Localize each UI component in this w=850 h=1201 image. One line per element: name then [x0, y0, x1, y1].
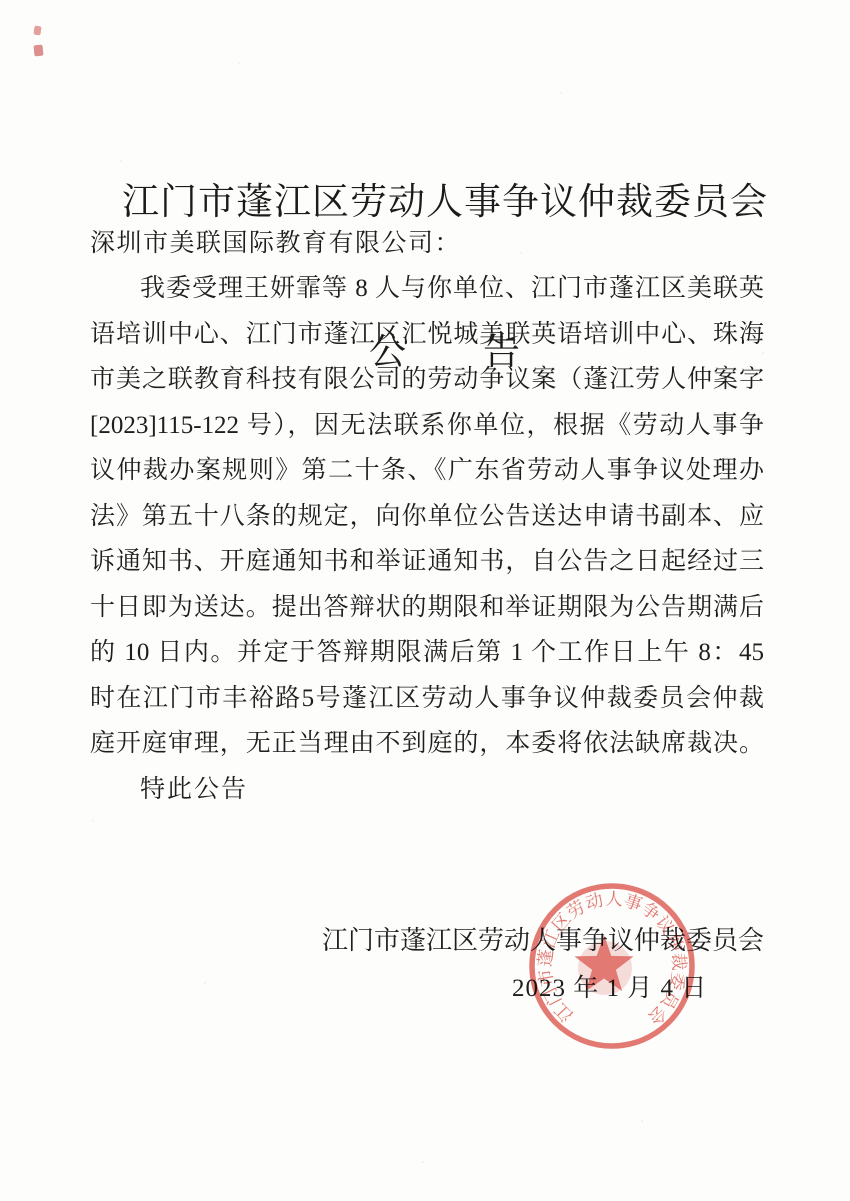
scan-artifact-mark — [33, 26, 41, 36]
seal-text: 江门市蓬江区劳动人事争议仲裁委员会 — [534, 889, 689, 1029]
notice-line: 语培训中心、江门市蓬江区汇悦城美联英语培训中心、珠海 — [90, 312, 764, 358]
notice-line: 特此公告 — [90, 767, 764, 813]
notice-line: 庭开庭审理，无正当理由不到庭的，本委将依法缺席裁决。 — [90, 721, 764, 767]
official-seal: 江门市蓬江区劳动人事争议仲裁委员会 — [525, 882, 700, 1057]
recipient-line: 深圳市美联国际教育有限公司： — [90, 229, 461, 259]
notice-line: [2023]115-122 号），因无法联系你单位，根据《劳动人事争 — [90, 403, 764, 449]
title-committee-name: 江门市蓬江区劳动人事争议仲裁委员会 — [40, 178, 850, 228]
notice-line: 诉通知书、开庭通知书和举证通知书，自公告之日起经过三 — [90, 539, 764, 585]
notice-line: 我委受理王妍霏等 8 人与你单位、江门市蓬江区美联英 — [90, 266, 764, 312]
scan-artifact-mark — [33, 45, 43, 57]
notice-line: 市美之联教育科技有限公司的劳动争议案（蓬江劳人仲案字 — [90, 357, 764, 403]
scan-noise — [0, 0, 2, 2]
notice-line: 十日即为送达。提出答辩状的期限和举证期限为公告期满后 — [90, 585, 764, 631]
notice-line: 的 10 日内。并定于答辩期限满后第 1 个工作日上午 8：45 — [90, 630, 764, 676]
issuer-signature: 江门市蓬江区劳动人事争议仲裁委员会 — [322, 926, 764, 956]
issue-date: 2023 年 1 月 4 日 — [512, 974, 707, 1004]
notice-page: 江门市蓬江区劳动人事争议仲裁委员会 公 告 深圳市美联国际教育有限公司： 我委受… — [0, 0, 850, 1201]
notice-body: 我委受理王妍霏等 8 人与你单位、江门市蓬江区美联英语培训中心、江门市蓬江区汇悦… — [90, 266, 764, 812]
notice-line: 议仲裁办案规则》第二十条、《广东省劳动人事争议处理办 — [90, 448, 764, 494]
notice-line: 法》第五十八条的规定，向你单位公告送达申请书副本、应 — [90, 494, 764, 540]
seal-ring — [532, 886, 692, 1046]
notice-line: 时在江门市丰裕路5号蓬江区劳动人事争议仲裁委员会仲裁 — [90, 676, 764, 722]
